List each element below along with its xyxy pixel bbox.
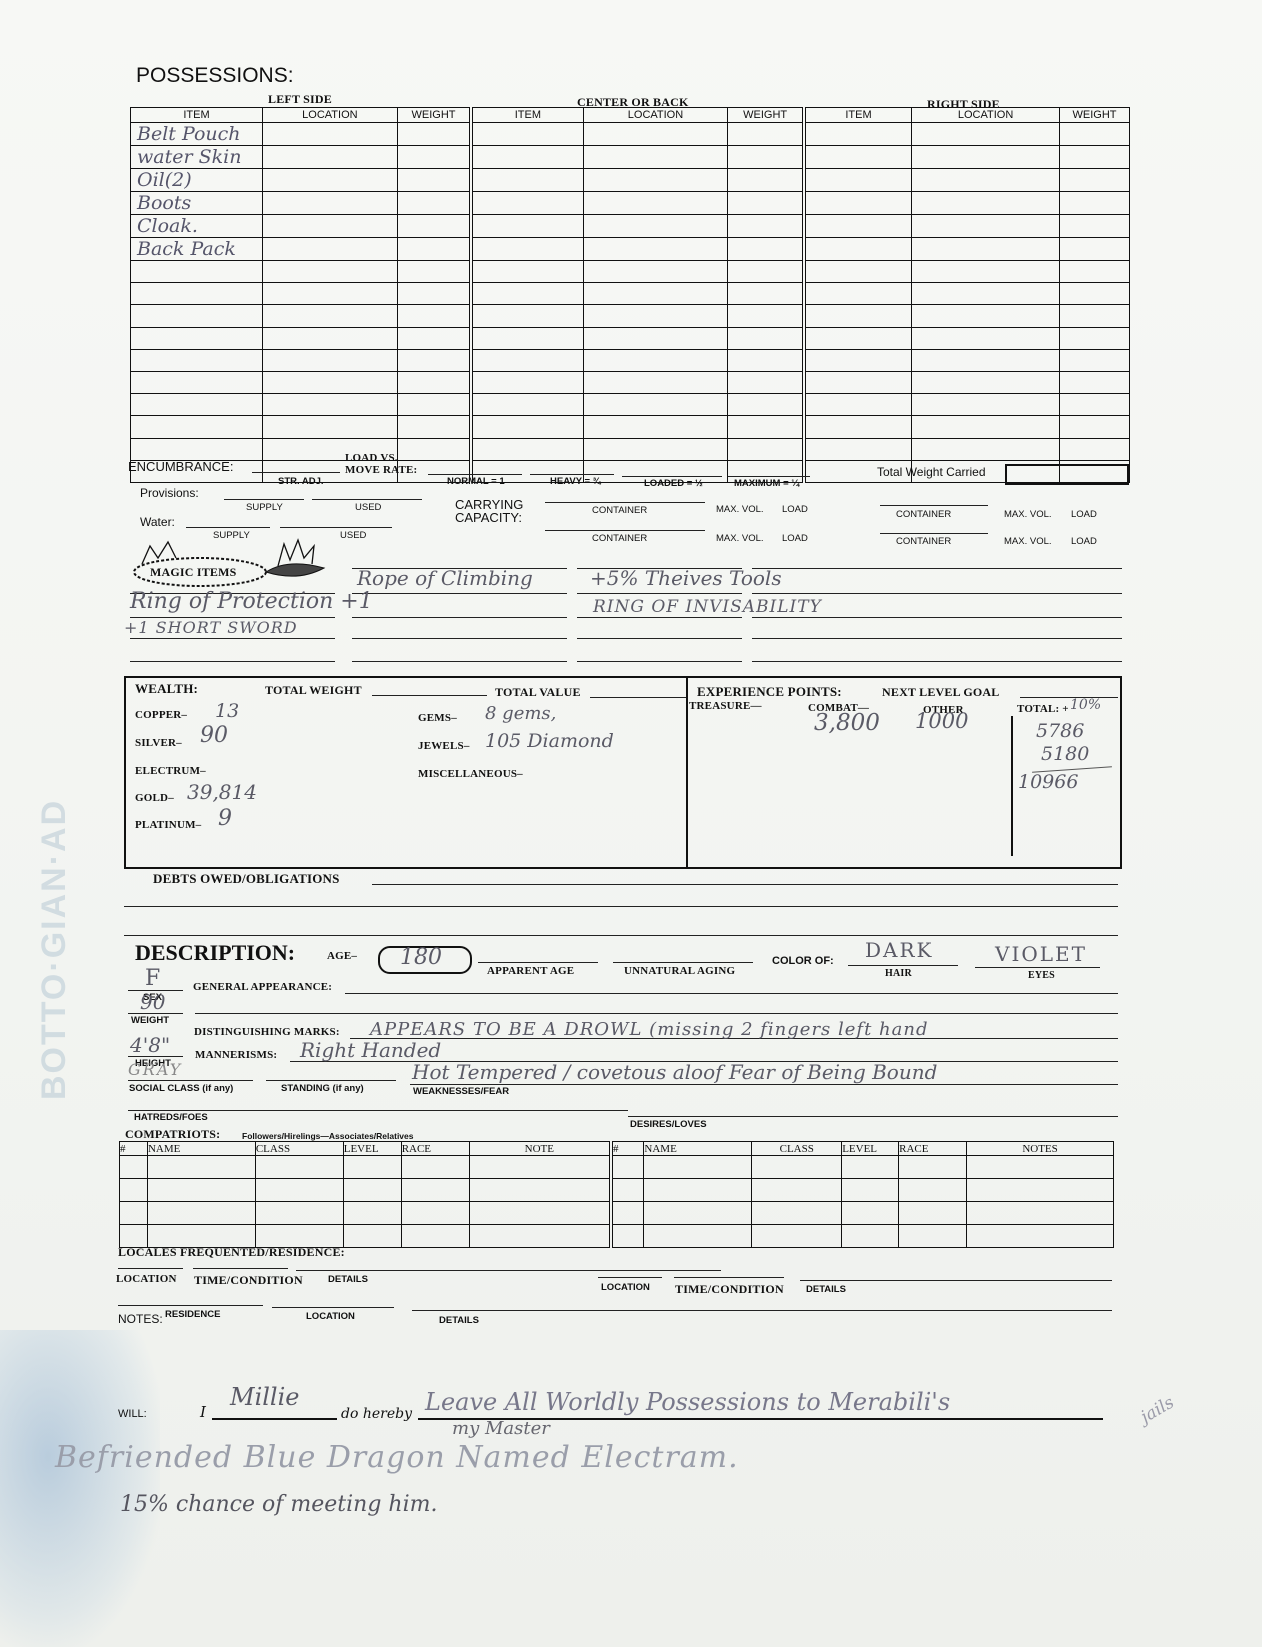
location-label: LOCATION xyxy=(601,1282,650,1293)
col-header: CLASS xyxy=(752,1142,842,1156)
hair-color-value[interactable]: DARK xyxy=(865,938,933,962)
compatriot-cell[interactable] xyxy=(401,1202,469,1225)
possessions-cell[interactable] xyxy=(728,169,804,192)
item-cell[interactable]: Oil(2) xyxy=(131,169,263,192)
weight-value[interactable]: 90 xyxy=(140,990,165,1014)
total-line-value[interactable]: 10966 xyxy=(1018,771,1078,793)
copper-value[interactable]: 13 xyxy=(215,700,239,722)
possessions-cell[interactable] xyxy=(583,261,728,283)
possessions-cell[interactable] xyxy=(583,349,728,371)
load-vs-label: LOAD VS. xyxy=(345,452,398,464)
possessions-title: POSSESSIONS: xyxy=(136,64,294,88)
possessions-cell[interactable] xyxy=(471,349,583,371)
possessions-cell[interactable] xyxy=(728,438,804,460)
weight-label: WEIGHT xyxy=(131,1015,169,1026)
possessions-cell[interactable] xyxy=(583,169,728,192)
possessions-cell[interactable] xyxy=(583,146,728,169)
heavy-label: HEAVY = ¾ xyxy=(550,476,601,487)
compatriot-cell[interactable] xyxy=(842,1156,899,1179)
compatriot-cell[interactable] xyxy=(644,1156,752,1179)
possessions-cell[interactable] xyxy=(1059,305,1129,327)
compatriot-cell[interactable] xyxy=(401,1156,469,1179)
possessions-cell[interactable] xyxy=(397,261,471,283)
possessions-cell[interactable] xyxy=(471,215,583,238)
compatriot-cell[interactable] xyxy=(343,1202,401,1225)
compatriot-cell[interactable] xyxy=(967,1179,1114,1202)
possessions-cell[interactable] xyxy=(804,238,912,261)
compatriot-cell[interactable] xyxy=(644,1202,752,1225)
item-cell[interactable]: Boots xyxy=(131,192,263,215)
standing-label: STANDING (if any) xyxy=(281,1083,364,1094)
compatriot-cell[interactable] xyxy=(469,1179,611,1202)
possessions-cell[interactable] xyxy=(583,123,728,146)
mannerisms-label: MANNERISMS: xyxy=(195,1049,277,1061)
possessions-cell[interactable] xyxy=(912,416,1060,438)
possessions-cell[interactable] xyxy=(912,146,1060,169)
compatriot-cell[interactable] xyxy=(120,1156,148,1179)
item-cell[interactable]: Belt Pouch xyxy=(131,123,263,146)
jewels-value[interactable]: 105 Diamond xyxy=(485,730,614,752)
container-label: CONTAINER xyxy=(896,509,951,520)
container-label: CONTAINER xyxy=(592,533,647,544)
will-text-value[interactable]: Leave All Worldly Possessions to Merabil… xyxy=(425,1388,950,1416)
max-vol-label: MAX. VOL. xyxy=(716,533,764,544)
compatriot-cell[interactable] xyxy=(752,1156,842,1179)
possessions-cell[interactable] xyxy=(1059,283,1129,305)
possessions-cell[interactable] xyxy=(728,394,804,416)
eyes-color-value[interactable]: VIOLET xyxy=(995,942,1087,966)
col-header: # xyxy=(120,1142,148,1156)
possessions-cell[interactable] xyxy=(397,371,471,393)
item-cell[interactable] xyxy=(131,371,263,393)
possessions-row: Back Pack xyxy=(131,238,1130,261)
magic-item-entry[interactable]: Ring of Protection +1 xyxy=(130,589,373,614)
possessions-cell[interactable] xyxy=(583,283,728,305)
possessions-cell[interactable] xyxy=(912,192,1060,215)
max-vol-label: MAX. VOL. xyxy=(1004,509,1052,520)
possessions-cell[interactable] xyxy=(262,238,397,261)
provisions-label: Provisions: xyxy=(140,486,199,500)
possessions-cell[interactable] xyxy=(912,371,1060,393)
compatriot-cell[interactable] xyxy=(752,1202,842,1225)
possessions-cell[interactable] xyxy=(804,416,912,438)
possessions-cell[interactable] xyxy=(583,438,728,460)
water-stain xyxy=(0,1330,160,1647)
do-hereby-label: do hereby xyxy=(341,1406,412,1422)
compatriot-cell[interactable] xyxy=(752,1225,842,1248)
handwritten-note: 15% chance of meeting him. xyxy=(120,1492,437,1517)
col-header: NOTE xyxy=(469,1142,611,1156)
wealth-experience-box xyxy=(124,676,1122,869)
magic-item-entry[interactable]: +1 SHORT SWORD xyxy=(124,618,298,637)
possessions-cell[interactable] xyxy=(912,349,1060,371)
color-of-label: COLOR OF: xyxy=(772,955,834,967)
possessions-cell[interactable] xyxy=(912,305,1060,327)
details-label: DETAILS xyxy=(806,1284,846,1295)
possessions-cell[interactable] xyxy=(804,215,912,238)
total-weight-label: Total Weight Carried xyxy=(877,465,986,479)
possessions-cell[interactable] xyxy=(471,305,583,327)
silver-label: SILVER– xyxy=(135,737,182,749)
item-cell[interactable] xyxy=(131,305,263,327)
possessions-cell[interactable] xyxy=(804,438,912,460)
compatriot-cell[interactable] xyxy=(343,1156,401,1179)
compatriot-cell[interactable] xyxy=(343,1225,401,1248)
compatriot-cell[interactable] xyxy=(967,1225,1114,1248)
max-vol-label: MAX. VOL. xyxy=(716,504,764,515)
possessions-cell[interactable] xyxy=(471,416,583,438)
possessions-cell[interactable] xyxy=(728,349,804,371)
compatriot-cell[interactable] xyxy=(255,1156,343,1179)
possessions-cell[interactable] xyxy=(583,192,728,215)
possessions-cell[interactable] xyxy=(583,238,728,261)
possessions-cell[interactable] xyxy=(397,438,471,460)
platinum-value[interactable]: 9 xyxy=(218,806,232,831)
possessions-cell[interactable] xyxy=(1059,416,1129,438)
possessions-cell[interactable] xyxy=(1059,261,1129,283)
possessions-cell[interactable] xyxy=(804,327,912,349)
social-class-label: SOCIAL CLASS (if any) xyxy=(129,1083,233,1094)
possessions-row xyxy=(131,394,1130,416)
possessions-cell[interactable] xyxy=(728,215,804,238)
age-field[interactable]: 180 xyxy=(378,946,472,974)
copper-label: COPPER– xyxy=(135,709,187,721)
possessions-cell[interactable] xyxy=(471,261,583,283)
compatriot-cell[interactable] xyxy=(255,1202,343,1225)
possessions-cell[interactable] xyxy=(912,215,1060,238)
provisions-supply-label: SUPPLY xyxy=(246,502,283,513)
possessions-cell[interactable] xyxy=(1059,192,1129,215)
possessions-cell[interactable] xyxy=(804,146,912,169)
col-header: WEIGHT xyxy=(1059,108,1129,123)
eyes-label: EYES xyxy=(1028,970,1055,981)
compatriot-cell[interactable] xyxy=(967,1202,1114,1225)
gray-note: GRAY xyxy=(128,1060,182,1079)
compatriot-cell[interactable] xyxy=(120,1202,148,1225)
compatriot-row xyxy=(120,1156,1114,1179)
miscellaneous-label: MISCELLANEOUS– xyxy=(418,768,523,780)
possessions-cell[interactable] xyxy=(728,371,804,393)
possessions-header-row: ITEM LOCATION WEIGHT ITEM LOCATION WEIGH… xyxy=(131,108,1130,123)
mannerisms-value[interactable]: Right Handed xyxy=(300,1038,441,1062)
compatriot-cell[interactable] xyxy=(967,1156,1114,1179)
location-label: LOCATION xyxy=(116,1273,177,1285)
possessions-cell[interactable] xyxy=(262,215,397,238)
possessions-cell[interactable] xyxy=(804,192,912,215)
item-cell[interactable] xyxy=(131,283,263,305)
compatriot-cell[interactable] xyxy=(842,1225,899,1248)
possessions-cell[interactable] xyxy=(804,123,912,146)
item-cell[interactable] xyxy=(131,394,263,416)
item-cell[interactable] xyxy=(131,327,263,349)
total-line-value[interactable]: 5180 xyxy=(1041,743,1089,765)
possessions-cell[interactable] xyxy=(1059,327,1129,349)
possessions-cell[interactable] xyxy=(728,305,804,327)
other-value[interactable]: 1000 xyxy=(915,709,968,733)
possessions-cell[interactable] xyxy=(397,192,471,215)
compatriot-cell[interactable] xyxy=(611,1225,644,1248)
total-label: TOTAL: + xyxy=(1017,703,1069,715)
possessions-row: water Skin xyxy=(131,146,1130,169)
possessions-cell[interactable] xyxy=(804,261,912,283)
possessions-cell[interactable] xyxy=(583,416,728,438)
item-cell[interactable] xyxy=(131,261,263,283)
hatreds-label: HATREDS/FOES xyxy=(134,1112,208,1123)
water-used-label: USED xyxy=(340,530,366,541)
wealth-label: WEALTH: xyxy=(135,681,198,697)
magic-item-entry[interactable]: RING OF INVISABILITY xyxy=(593,597,822,617)
possessions-cell[interactable] xyxy=(804,371,912,393)
possessions-cell[interactable] xyxy=(471,192,583,215)
notes-label: NOTES: xyxy=(118,1312,163,1326)
possessions-cell[interactable] xyxy=(1059,394,1129,416)
possessions-cell[interactable] xyxy=(804,349,912,371)
possessions-cell[interactable] xyxy=(471,327,583,349)
col-header: RACE xyxy=(899,1142,967,1156)
handwritten-note: Befriended Blue Dragon Named Electram. xyxy=(55,1440,739,1475)
total-bonus-value[interactable]: 10% xyxy=(1070,697,1101,713)
load-label: LOAD xyxy=(782,504,808,515)
col-header: ITEM xyxy=(804,108,912,123)
compatriot-cell[interactable] xyxy=(469,1225,611,1248)
possessions-table: ITEM LOCATION WEIGHT ITEM LOCATION WEIGH… xyxy=(130,107,1130,483)
possessions-cell[interactable] xyxy=(728,416,804,438)
str-adj-label: STR. ADJ. xyxy=(278,476,324,487)
possessions-cell[interactable] xyxy=(471,146,583,169)
possessions-cell[interactable] xyxy=(1059,169,1129,192)
possessions-cell[interactable] xyxy=(471,371,583,393)
possessions-cell[interactable] xyxy=(1059,123,1129,146)
possessions-cell[interactable] xyxy=(804,169,912,192)
compatriot-cell[interactable] xyxy=(147,1156,255,1179)
water-label: Water: xyxy=(140,515,175,529)
possessions-cell[interactable] xyxy=(262,169,397,192)
height-value[interactable]: 4'8" xyxy=(130,1033,170,1057)
locales-label: LOCALES FREQUENTED/RESIDENCE: xyxy=(118,1245,345,1260)
possessions-cell[interactable] xyxy=(804,305,912,327)
weaknesses-value[interactable]: Hot Tempered / covetous aloof Fear of Be… xyxy=(412,1060,937,1084)
possessions-cell[interactable] xyxy=(912,123,1060,146)
item-value: Oil(2) xyxy=(131,169,262,191)
compatriot-cell[interactable] xyxy=(899,1202,967,1225)
compatriot-row xyxy=(120,1179,1114,1202)
possessions-cell[interactable] xyxy=(728,327,804,349)
possessions-row xyxy=(131,283,1130,305)
magic-items-necklace-icon xyxy=(128,536,338,590)
possessions-cell[interactable] xyxy=(262,192,397,215)
possessions-cell[interactable] xyxy=(397,349,471,371)
compatriot-cell[interactable] xyxy=(611,1202,644,1225)
possessions-cell[interactable] xyxy=(912,238,1060,261)
col-header: WEIGHT xyxy=(397,108,471,123)
possessions-cell[interactable] xyxy=(397,416,471,438)
compatriot-cell[interactable] xyxy=(469,1156,611,1179)
possessions-cell[interactable] xyxy=(471,169,583,192)
possessions-cell[interactable] xyxy=(471,283,583,305)
load-label: LOAD xyxy=(1071,536,1097,547)
compatriot-cell[interactable] xyxy=(401,1225,469,1248)
treasure-label: TREASURE— xyxy=(689,700,762,712)
debts-label: DEBTS OWED/OBLIGATIONS xyxy=(153,871,340,887)
possessions-row xyxy=(131,438,1130,460)
item-cell[interactable] xyxy=(131,416,263,438)
possessions-cell[interactable] xyxy=(583,327,728,349)
possessions-cell[interactable] xyxy=(728,192,804,215)
will-label: WILL: xyxy=(118,1408,147,1420)
possessions-cell[interactable] xyxy=(1059,349,1129,371)
possessions-cell[interactable] xyxy=(912,394,1060,416)
magic-item-entry[interactable]: Rope of Climbing xyxy=(357,566,533,590)
possessions-cell[interactable] xyxy=(397,169,471,192)
wealth-total-weight-label: TOTAL WEIGHT xyxy=(265,683,362,698)
item-cell[interactable] xyxy=(131,349,263,371)
bleed-through-text: BOTTO·GIAN·AD xyxy=(35,480,75,1100)
compatriot-cell[interactable] xyxy=(147,1179,255,1202)
compatriot-cell[interactable] xyxy=(644,1225,752,1248)
possessions-cell[interactable] xyxy=(912,283,1060,305)
possessions-cell[interactable] xyxy=(728,283,804,305)
possessions-cell[interactable] xyxy=(583,305,728,327)
possessions-cell[interactable] xyxy=(262,349,397,371)
time-condition-label: TIME/CONDITION xyxy=(675,1282,784,1297)
possessions-cell[interactable] xyxy=(397,146,471,169)
possessions-cell[interactable] xyxy=(262,146,397,169)
item-value: water Skin xyxy=(131,146,262,168)
possessions-cell[interactable] xyxy=(1059,238,1129,261)
possessions-cell[interactable] xyxy=(1059,215,1129,238)
will-i-label: I xyxy=(200,1403,206,1421)
item-cell[interactable]: water Skin xyxy=(131,146,263,169)
gold-value[interactable]: 39,814 xyxy=(187,780,257,804)
distinguishing-marks-value[interactable]: APPEARS TO BE A DROWL (missing 2 fingers… xyxy=(370,1019,928,1040)
possessions-cell[interactable] xyxy=(1059,438,1129,460)
compatriot-cell[interactable] xyxy=(147,1202,255,1225)
compatriot-cell[interactable] xyxy=(899,1225,967,1248)
compatriot-cell[interactable] xyxy=(611,1156,644,1179)
age-value: 180 xyxy=(400,945,442,970)
col-header: CLASS xyxy=(255,1142,343,1156)
col-header: LOCATION xyxy=(262,108,397,123)
possessions-cell[interactable] xyxy=(471,238,583,261)
possessions-cell[interactable] xyxy=(728,261,804,283)
compatriot-cell[interactable] xyxy=(611,1179,644,1202)
possessions-cell[interactable] xyxy=(583,394,728,416)
possessions-cell[interactable] xyxy=(397,305,471,327)
item-cell[interactable]: Back Pack xyxy=(131,238,263,261)
compatriot-cell[interactable] xyxy=(469,1202,611,1225)
total-weight-field[interactable] xyxy=(1005,464,1129,485)
compatriot-cell[interactable] xyxy=(842,1202,899,1225)
item-cell[interactable]: Cloak. xyxy=(131,215,263,238)
possessions-cell[interactable] xyxy=(262,371,397,393)
load-label: LOAD xyxy=(782,533,808,544)
compatriot-cell[interactable] xyxy=(401,1179,469,1202)
possessions-cell[interactable] xyxy=(728,238,804,261)
possessions-cell[interactable] xyxy=(912,438,1060,460)
col-header: ITEM xyxy=(131,108,263,123)
compatriots-sublabel: Followers/Hirelings—Associates/Relatives xyxy=(242,1131,413,1141)
possessions-cell[interactable] xyxy=(804,394,912,416)
possessions-cell[interactable] xyxy=(397,394,471,416)
possessions-cell[interactable] xyxy=(583,215,728,238)
col-header: RACE xyxy=(401,1142,469,1156)
sex-value[interactable]: F xyxy=(145,966,160,991)
col-header: LEVEL xyxy=(842,1142,899,1156)
possessions-body: Belt Pouchwater SkinOil(2)BootsCloak.Bac… xyxy=(131,123,1130,483)
compatriot-cell[interactable] xyxy=(899,1179,967,1202)
col-header: NOTES xyxy=(967,1142,1114,1156)
item-cell[interactable] xyxy=(131,438,263,460)
container-label: CONTAINER xyxy=(592,505,647,516)
total-line-value[interactable]: 5786 xyxy=(1036,720,1084,742)
col-header: WEIGHT xyxy=(728,108,804,123)
possessions-row: Oil(2) xyxy=(131,169,1130,192)
possessions-cell[interactable] xyxy=(912,169,1060,192)
possessions-cell[interactable] xyxy=(397,283,471,305)
weaknesses-label: WEAKNESSES/FEAR xyxy=(413,1086,509,1097)
possessions-cell[interactable] xyxy=(262,327,397,349)
compatriots-body xyxy=(120,1156,1114,1248)
possessions-cell[interactable] xyxy=(728,146,804,169)
compatriot-row xyxy=(120,1202,1114,1225)
possessions-cell[interactable] xyxy=(912,327,1060,349)
combat-value[interactable]: 3,800 xyxy=(814,710,880,736)
item-value: Boots xyxy=(131,192,262,214)
possessions-cell[interactable] xyxy=(804,283,912,305)
possessions-cell[interactable] xyxy=(262,261,397,283)
possessions-cell[interactable] xyxy=(262,305,397,327)
possessions-cell[interactable] xyxy=(471,438,583,460)
item-value: Cloak. xyxy=(131,215,262,237)
possessions-row: Cloak. xyxy=(131,215,1130,238)
possessions-cell[interactable] xyxy=(728,123,804,146)
hair-label: HAIR xyxy=(885,968,912,979)
silver-value[interactable]: 90 xyxy=(200,723,228,748)
possessions-cell[interactable] xyxy=(397,327,471,349)
possessions-cell[interactable] xyxy=(583,371,728,393)
max-vol-label: MAX. VOL. xyxy=(1004,536,1052,547)
possessions-cell[interactable] xyxy=(397,238,471,261)
gems-value[interactable]: 8 gems, xyxy=(485,703,556,724)
compatriot-cell[interactable] xyxy=(752,1179,842,1202)
compatriot-cell[interactable] xyxy=(644,1179,752,1202)
possessions-cell[interactable] xyxy=(397,123,471,146)
compatriot-cell[interactable] xyxy=(255,1179,343,1202)
possessions-cell[interactable] xyxy=(262,283,397,305)
possessions-cell[interactable] xyxy=(912,261,1060,283)
possessions-cell[interactable] xyxy=(262,394,397,416)
possessions-cell[interactable] xyxy=(262,416,397,438)
magic-item-entry[interactable]: +5% Theives Tools xyxy=(590,566,782,590)
possessions-cell[interactable] xyxy=(262,123,397,146)
left-side-label: LEFT SIDE xyxy=(268,92,332,107)
compatriot-cell[interactable] xyxy=(343,1179,401,1202)
unnatural-aging-label: UNNATURAL AGING xyxy=(624,965,735,977)
next-level-goal-label: NEXT LEVEL GOAL xyxy=(882,685,999,700)
compatriot-cell[interactable] xyxy=(120,1179,148,1202)
possessions-cell[interactable] xyxy=(1059,146,1129,169)
time-condition-label: TIME/CONDITION xyxy=(194,1273,303,1288)
possessions-cell[interactable] xyxy=(471,394,583,416)
possessions-cell[interactable] xyxy=(471,123,583,146)
item-value: Back Pack xyxy=(131,238,262,260)
electrum-label: ELECTRUM– xyxy=(135,765,206,777)
possessions-cell[interactable] xyxy=(1059,371,1129,393)
will-name-value[interactable]: Millie xyxy=(230,1383,299,1411)
compatriot-cell[interactable] xyxy=(842,1179,899,1202)
possessions-cell[interactable] xyxy=(397,215,471,238)
compatriot-cell[interactable] xyxy=(899,1156,967,1179)
